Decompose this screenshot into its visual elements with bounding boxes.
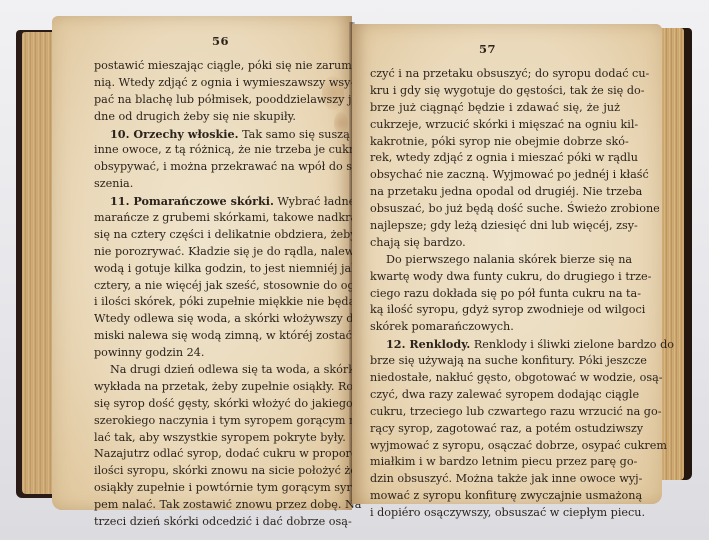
- text-line: lać tak, aby wszystkie syropem pokryte b…: [94, 430, 342, 447]
- text-line: 11. Pomarańczowe skórki. Wybrać ładne po…: [94, 193, 342, 210]
- text-line: ciego razu dokłada się po pół funta cukr…: [370, 286, 620, 303]
- line-text: kwartę wody dwa funty cukru, do drugiego…: [370, 270, 651, 283]
- line-text: ciego razu dokłada się po pół funta cukr…: [370, 287, 641, 300]
- page-number: 57: [479, 42, 496, 56]
- line-text: pać na blachę lub półmisek, pooddzielaws…: [94, 93, 362, 106]
- text-line: kakrotnie, póki syrop nie obejmie dobrze…: [370, 134, 620, 151]
- page-text: czyć i na przetaku obsuszyć; do syropu d…: [370, 66, 620, 522]
- line-text: się syrop dość gęsty, skórki włożyć do j…: [94, 397, 353, 410]
- line-text: wodą i gotuje kilka godzin, to jest niem…: [94, 262, 358, 275]
- text-line: inne owoce, z tą różnicą, że nie trzeba …: [94, 142, 342, 159]
- left-page: 56 postawić mieszając ciągle, póki się n…: [52, 16, 352, 510]
- line-text: dzin obsuszyć. Można także jak inne owoc…: [370, 472, 642, 485]
- text-line: brze się używają na suche konfitury. Pók…: [370, 353, 620, 370]
- recipe-heading: 12. Renklody.: [386, 337, 470, 351]
- text-line: się syrop dość gęsty, skórki włożyć do j…: [94, 396, 342, 413]
- line-text: kakrotnie, póki syrop nie obejmie dobrze…: [370, 135, 629, 148]
- text-line: rek, wtedy zdjąć z ognia i mieszać póki …: [370, 150, 620, 167]
- text-line: czyć, dwa razy zalewać syropem dodając c…: [370, 387, 620, 404]
- text-line: na przetaku jedna opodal od drugiéj. Nie…: [370, 184, 620, 201]
- line-text: czyć i na przetaku obsuszyć; do syropu d…: [370, 67, 649, 80]
- line-text: rący syrop, zagotować raz, a potém ostud…: [370, 422, 643, 435]
- line-text: i dopiéro osączywszy, obsuszać w ciepłym…: [370, 506, 645, 519]
- text-line: Do pierwszego nalania skórek bierze się …: [370, 252, 620, 269]
- line-text: Wtedy odlewa się woda, a skórki włożywsz…: [94, 312, 360, 325]
- line-text: cukru, trzeciego lub czwartego razu wrzu…: [370, 405, 662, 418]
- recipe-heading: 10. Orzechy włoskie.: [110, 127, 239, 141]
- text-line: i ilości skórek, póki zupełnie miękkie n…: [94, 294, 342, 311]
- text-line: 12. Renklody. Renklody i śliwki zielone …: [370, 336, 620, 353]
- page-text: postawić mieszając ciągle, póki się nie …: [94, 58, 342, 531]
- text-line: postawić mieszając ciągle, póki się nie …: [94, 58, 342, 75]
- line-text: brze już ciągnąć będzie i zdawać się, że…: [370, 101, 620, 114]
- text-line: nią. Wtedy zdjąć z ognia i wymieszawszy …: [94, 75, 342, 92]
- line-text: marańcze z grubemi skórkami, takowe nadk…: [94, 211, 373, 224]
- text-line: wyjmować z syropu, osączać dobrze, osypa…: [370, 438, 620, 455]
- text-line: mować z syropu konfiturę zwyczajnie usma…: [370, 488, 620, 505]
- text-line: nie porozrywać. Kładzie się je do rądla,…: [94, 244, 342, 261]
- line-text: Na drugi dzień odlewa się ta woda, a skó…: [110, 363, 359, 376]
- text-line: się na cztery części i delikatnie obdzie…: [94, 227, 342, 244]
- text-line: ilości syropu, skórki znowu na sicie poł…: [94, 463, 342, 480]
- text-line: kru i gdy się wygotuje do gęstości, tak …: [370, 83, 620, 100]
- text-line: wykłada na przetak, żeby zupełnie osiąkł…: [94, 379, 342, 396]
- line-text: lać tak, aby wszystkie syropem pokryte b…: [94, 431, 346, 444]
- text-line: dzin obsuszyć. Można także jak inne owoc…: [370, 471, 620, 488]
- text-line: obsychać nie zaczną. Wyjmować po jednéj …: [370, 167, 620, 184]
- line-text: i ilości skórek, póki zupełnie miękkie n…: [94, 295, 359, 308]
- line-text: miałkim i w bardzo letnim piecu przez pa…: [370, 455, 637, 468]
- line-text: cztery, a nie więcéj jak sześć, stosowni…: [94, 279, 372, 292]
- text-line: kwartę wody dwa funty cukru, do drugiego…: [370, 269, 620, 286]
- line-text: powinny godzin 24.: [94, 346, 204, 359]
- line-text: najlepsze; gdy leżą dziesięć dni lub wię…: [370, 219, 638, 232]
- line-text: czyć, dwa razy zalewać syropem dodając c…: [370, 388, 639, 401]
- page-number: 56: [212, 34, 229, 48]
- line-text: ką ilość syropu, gdyż syrop zwodnieje od…: [370, 303, 645, 316]
- text-line: wodą i gotuje kilka godzin, to jest niem…: [94, 261, 342, 278]
- text-line: rący syrop, zagotować raz, a potém ostud…: [370, 421, 620, 438]
- line-text: szerokiego naczynia i tym syropem gorący…: [94, 414, 367, 427]
- line-text: skórek pomarańczowych.: [370, 320, 514, 333]
- text-line: cztery, a nie więcéj jak sześć, stosowni…: [94, 278, 342, 295]
- line-text: obsuszać, bo już będą dość suche. Świeżo…: [370, 202, 660, 215]
- line-text: Nazajutrz odlać syrop, dodać cukru w pro…: [94, 447, 364, 460]
- text-line: pem nalać. Tak zostawić znowu przez dobę…: [94, 497, 342, 514]
- text-line: skórek pomarańczowych.: [370, 319, 620, 336]
- line-text: szenia.: [94, 177, 133, 190]
- text-line: cukrzeje, wrzucić skórki i mięszać na og…: [370, 117, 620, 134]
- line-text: kru i gdy się wygotuje do gęstości, tak …: [370, 84, 645, 97]
- recipe-heading: 11. Pomarańczowe skórki.: [110, 194, 274, 208]
- text-line: brze już ciągnąć będzie i zdawać się, że…: [370, 100, 620, 117]
- line-text: ilości syropu, skórki znowu na sicie poł…: [94, 464, 370, 477]
- text-line: szerokiego naczynia i tym syropem gorący…: [94, 413, 342, 430]
- text-line: niedostałe, nakłuć gęsto, obgotować w wo…: [370, 370, 620, 387]
- right-page: 57 czyć i na przetaku obsuszyć; do syrop…: [352, 24, 662, 504]
- line-text: mować z syropu konfiturę zwyczajnie usma…: [370, 489, 642, 502]
- text-line: i dopiéro osączywszy, obsuszać w ciepłym…: [370, 505, 620, 522]
- text-line: szenia.: [94, 176, 342, 193]
- text-line: trzeci dzień skórki odcedzić i dać dobrz…: [94, 514, 342, 531]
- text-line: obsuszać, bo już będą dość suche. Świeżo…: [370, 201, 620, 218]
- line-text: dne od drugich żeby się nie skupiły.: [94, 110, 296, 123]
- text-line: najlepsze; gdy leżą dziesięć dni lub wię…: [370, 218, 620, 235]
- line-text: nie porozrywać. Kładzie się je do rądla,…: [94, 245, 361, 258]
- text-line: 10. Orzechy włoskie. Tak samo się suszą …: [94, 126, 342, 143]
- line-text: obsypywać, i można przekrawać na wpół do…: [94, 160, 363, 173]
- line-text: osiąkły zupełnie i powtórnie tym gorącym…: [94, 481, 362, 494]
- text-line: chają się bardzo.: [370, 235, 620, 252]
- line-text: obsychać nie zaczną. Wyjmować po jednéj …: [370, 168, 649, 181]
- text-line: ką ilość syropu, gdyż syrop zwodnieje od…: [370, 302, 620, 319]
- text-line: Nazajutrz odlać syrop, dodać cukru w pro…: [94, 446, 342, 463]
- line-text: pem nalać. Tak zostawić znowu przez dobę…: [94, 498, 361, 511]
- text-line: cukru, trzeciego lub czwartego razu wrzu…: [370, 404, 620, 421]
- line-text: cukrzeje, wrzucić skórki i mięszać na og…: [370, 118, 638, 131]
- text-line: miski nalewa się wodą zimną, w któréj zo…: [94, 328, 342, 345]
- text-line: powinny godzin 24.: [94, 345, 342, 362]
- line-text: postawić mieszając ciągle, póki się nie …: [94, 59, 366, 72]
- line-text: niedostałe, nakłuć gęsto, obgotować w wo…: [370, 371, 663, 384]
- line-text: wyjmować z syropu, osączać dobrze, osypa…: [370, 439, 667, 452]
- line-text: na przetaku jedna opodal od drugiéj. Nie…: [370, 185, 642, 198]
- line-text: miski nalewa się wodą zimną, w któréj zo…: [94, 329, 352, 342]
- text-line: czyć i na przetaku obsuszyć; do syropu d…: [370, 66, 620, 83]
- page-edges-left: [22, 32, 56, 494]
- line-text: Do pierwszego nalania skórek bierze się …: [386, 253, 632, 266]
- text-line: Wtedy odlewa się woda, a skórki włożywsz…: [94, 311, 342, 328]
- text-line: marańcze z grubemi skórkami, takowe nadk…: [94, 210, 342, 227]
- line-text: brze się używają na suche konfitury. Pók…: [370, 354, 647, 367]
- text-line: pać na blachę lub półmisek, pooddzielaws…: [94, 92, 342, 109]
- line-text: rek, wtedy zdjąć z ognia i mieszać póki …: [370, 151, 638, 164]
- text-line: Na drugi dzień odlewa się ta woda, a skó…: [94, 362, 342, 379]
- text-line: osiąkły zupełnie i powtórnie tym gorącym…: [94, 480, 342, 497]
- line-text: się na cztery części i delikatnie obdzie…: [94, 228, 357, 241]
- text-line: dne od drugich żeby się nie skupiły.: [94, 109, 342, 126]
- line-text: inne owoce, z tą różnicą, że nie trzeba …: [94, 143, 371, 156]
- line-text: Renklody i śliwki zielone bardzo do: [470, 338, 674, 351]
- text-line: miałkim i w bardzo letnim piecu przez pa…: [370, 454, 620, 471]
- line-text: nią. Wtedy zdjąć z ognia i wymieszawszy …: [94, 76, 354, 89]
- text-line: obsypywać, i można przekrawać na wpół do…: [94, 159, 342, 176]
- line-text: wykłada na przetak, żeby zupełnie osiąkł…: [94, 380, 364, 393]
- line-text: chają się bardzo.: [370, 236, 466, 249]
- line-text: trzeci dzień skórki odcedzić i dać dobrz…: [94, 515, 352, 528]
- photo-scene: 56 postawić mieszając ciągle, póki się n…: [0, 0, 709, 540]
